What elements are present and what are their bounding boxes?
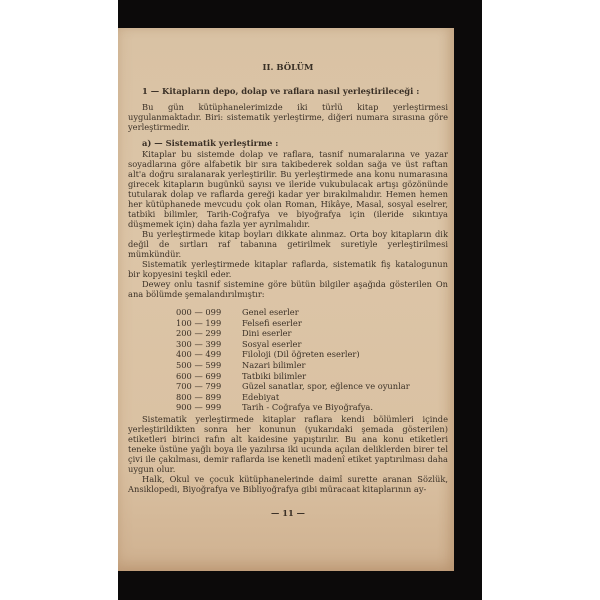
dewey-row: 300 — 399Sosyal eserler	[176, 339, 436, 350]
body-block-2: Sistematik yerleştirmede kitaplar raflar…	[128, 414, 448, 494]
dewey-row: 100 — 199Felsefi eserler	[176, 318, 436, 329]
dewey-row: 600 — 699Tatbiki bilimler	[176, 371, 436, 382]
section-heading: 1 — Kitapların depo, dolap ve raflara na…	[142, 86, 419, 96]
page-number: — 11 —	[128, 508, 448, 518]
subsection-heading: a) — Sistematik yerleştirme :	[142, 138, 278, 148]
chapter-title: II. BÖLÜM	[128, 63, 448, 73]
dewey-row: 900 — 999Tarih - Coğrafya ve Biyoğrafya.	[176, 402, 436, 413]
paragraph: Kitaplar bu sistemde dolap ve raflara, t…	[128, 149, 448, 229]
body-block-1: Kitaplar bu sistemde dolap ve raflara, t…	[128, 149, 448, 299]
dewey-classification-list: 000 — 099Genel eserler 100 — 199Felsefi …	[176, 307, 436, 413]
dewey-row: 000 — 099Genel eserler	[176, 307, 436, 318]
intro-block: Bu gün kütüphanelerimizde iki türlü kita…	[128, 102, 448, 132]
paragraph: Dewey onlu tasnif sistemine göre bütün b…	[128, 279, 448, 299]
dewey-row: 800 — 899Edebiyat	[176, 392, 436, 403]
dewey-row: 500 — 599Nazari bilimler	[176, 360, 436, 371]
dewey-row: 400 — 499Filoloji (Dil öğreten eserler)	[176, 349, 436, 360]
intro-paragraph: Bu gün kütüphanelerimizde iki türlü kita…	[128, 102, 448, 132]
paragraph: Bu yerleştirmede kitap boyları dikkate a…	[128, 229, 448, 259]
paragraph: Sistematik yerleştirmede kitaplar raflar…	[128, 259, 448, 279]
paragraph: Halk, Okul ve çocuk kütüphanelerinde dai…	[128, 474, 448, 494]
dewey-row: 200 — 299Dini eserler	[176, 328, 436, 339]
book-page: II. BÖLÜM 1 — Kitapların depo, dolap ve …	[118, 28, 454, 571]
dewey-row: 700 — 799Güzel sanatlar, spor, eğlence v…	[176, 381, 436, 392]
paragraph: Sistematik yerleştirmede kitaplar raflar…	[128, 414, 448, 474]
